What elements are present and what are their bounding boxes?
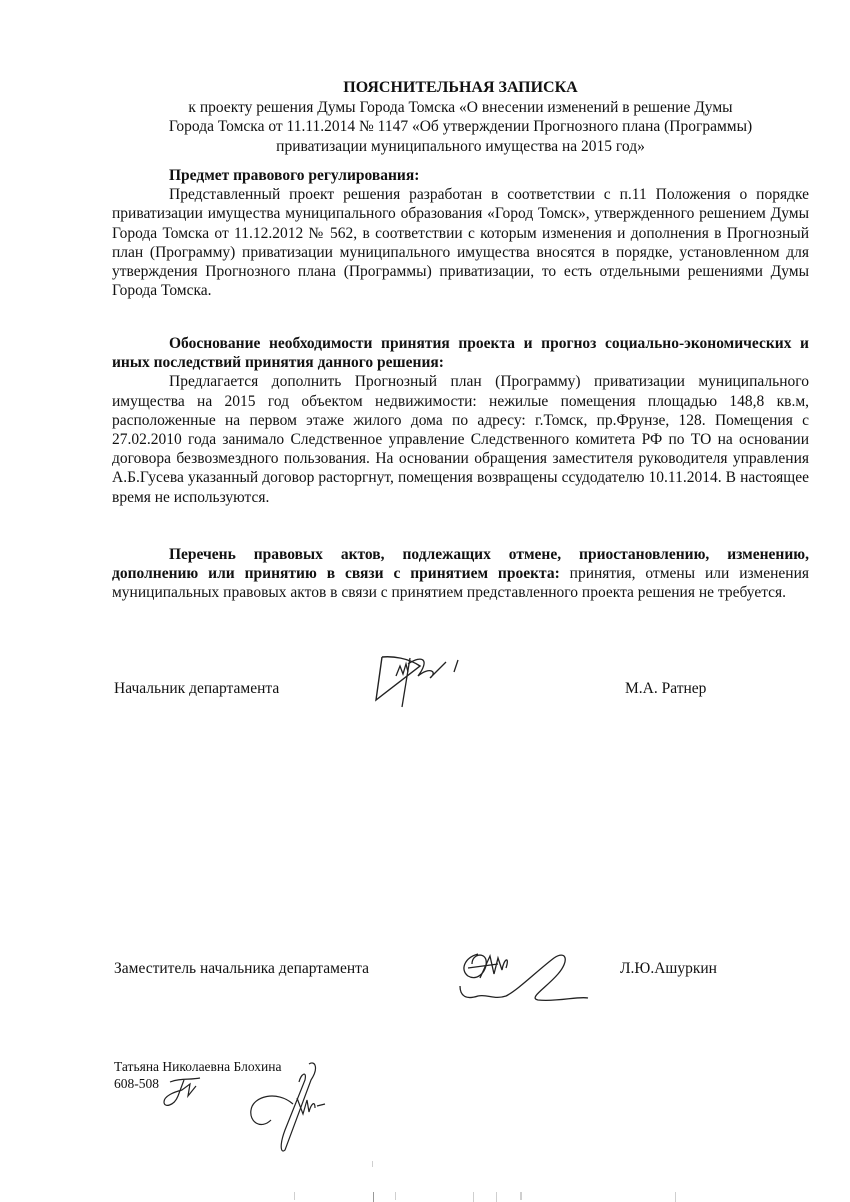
scan-artifact bbox=[675, 1192, 676, 1202]
document-subtitle-line-3: приватизации муниципального имущества на… bbox=[112, 137, 809, 157]
section-text: Предлагается дополнить Прогнозный план (… bbox=[112, 372, 809, 506]
signatory-position-1: Начальник департамента bbox=[114, 680, 279, 698]
document-subtitle-line-1: к проекту решения Думы Города Томска «О … bbox=[112, 98, 809, 118]
document-subtitle-line-2: Города Томска от 11.11.2014 № 1147 «Об у… bbox=[112, 117, 809, 137]
signature-icon bbox=[245, 1060, 345, 1155]
scan-artifact bbox=[372, 1161, 373, 1167]
signature-icon bbox=[368, 652, 478, 712]
section-heading: Предмет правового регулирования: bbox=[112, 166, 809, 185]
signatory-name-2: Л.Ю.Ашуркин bbox=[620, 960, 717, 978]
scan-artifact bbox=[473, 1192, 474, 1202]
section-heading: Обоснование необходимости принятия проек… bbox=[112, 334, 809, 372]
initials-icon bbox=[160, 1076, 210, 1112]
section-legal-regulation: Предмет правового регулирования: Предста… bbox=[112, 166, 809, 300]
scan-artifact bbox=[395, 1192, 396, 1200]
document-header: ПОЯСНИТЕЛЬНАЯ ЗАПИСКА к проекту решения … bbox=[112, 78, 809, 156]
document-title: ПОЯСНИТЕЛЬНАЯ ЗАПИСКА bbox=[112, 78, 809, 98]
document-page: ПОЯСНИТЕЛЬНАЯ ЗАПИСКА к проекту решения … bbox=[0, 0, 850, 1202]
section-legal-acts: Перечень правовых актов, подлежащих отме… bbox=[112, 545, 809, 603]
signature-icon bbox=[458, 950, 608, 1010]
scan-artifact bbox=[294, 1192, 295, 1200]
section-text: Представленный проект решения разработан… bbox=[112, 185, 809, 300]
signatory-name-1: М.А. Ратнер bbox=[625, 680, 706, 698]
section-justification: Обоснование необходимости принятия проек… bbox=[112, 334, 809, 507]
scan-artifact bbox=[521, 1192, 522, 1200]
scan-artifact bbox=[373, 1192, 374, 1202]
scan-artifact bbox=[496, 1192, 497, 1202]
signatory-position-2: Заместитель начальника департамента bbox=[114, 960, 369, 978]
section-paragraph: Перечень правовых актов, подлежащих отме… bbox=[112, 545, 809, 603]
